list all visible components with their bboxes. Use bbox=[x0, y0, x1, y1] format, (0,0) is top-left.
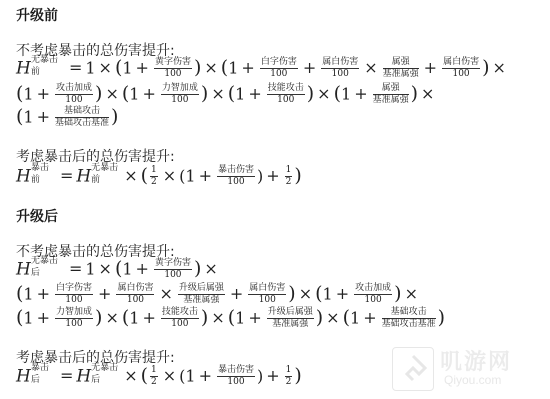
formula-no-crit-after-line2: (1+白字伤害100+属白伤害100×升级后属强基准属强+属白伤害100)×(1… bbox=[16, 284, 421, 306]
watermark: 叽游网 Qiyou.com bbox=[392, 345, 542, 393]
watermark-logo-icon bbox=[392, 347, 434, 391]
section-heading-after: 升级后 bbox=[16, 206, 58, 226]
formula-crit-before: H暴击前 =H无暴击前×(12×(1+暴击伤害100)+12) bbox=[16, 166, 302, 188]
formula-no-crit-after-line3: (1+力智加成100)×(1+技能攻击100)×(1+升级后属强基准属强)×(1… bbox=[16, 308, 445, 330]
fraction: 黄字伤害100 bbox=[154, 58, 192, 80]
formula-document: 升级前 不考虑暴击的总伤害提升: H无暴击前 =1×(1+黄字伤害100)×(1… bbox=[0, 0, 550, 399]
fraction: 属白伤害100 bbox=[321, 58, 359, 80]
formula-no-crit-before-line1: H无暴击前 =1×(1+黄字伤害100)×(1+白字伤害100+属白伤害100×… bbox=[16, 58, 509, 80]
fraction: 白字伤害100 bbox=[260, 58, 298, 80]
fraction: 属强基准属强 bbox=[383, 58, 419, 80]
watermark-subtitle: Qiyou.com bbox=[444, 373, 501, 387]
formula-no-crit-before-line2: (1+攻击加成100)×(1+力智加成100)×(1+技能攻击100)×(1+属… bbox=[16, 84, 437, 106]
formula-no-crit-after-line1: H无暴击后 =1×(1+黄字伤害100)× bbox=[16, 259, 221, 281]
formula-no-crit-before-line3: (1+基础攻击基础攻击基准) bbox=[16, 107, 118, 129]
watermark-title: 叽游网 bbox=[440, 345, 512, 376]
formula-crit-after: H暴击后 =H无暴击后×(12×(1+暴击伤害100)+12) bbox=[16, 366, 302, 388]
section-heading-before: 升级前 bbox=[16, 5, 58, 25]
fraction: 属白伤害100 bbox=[442, 58, 480, 80]
